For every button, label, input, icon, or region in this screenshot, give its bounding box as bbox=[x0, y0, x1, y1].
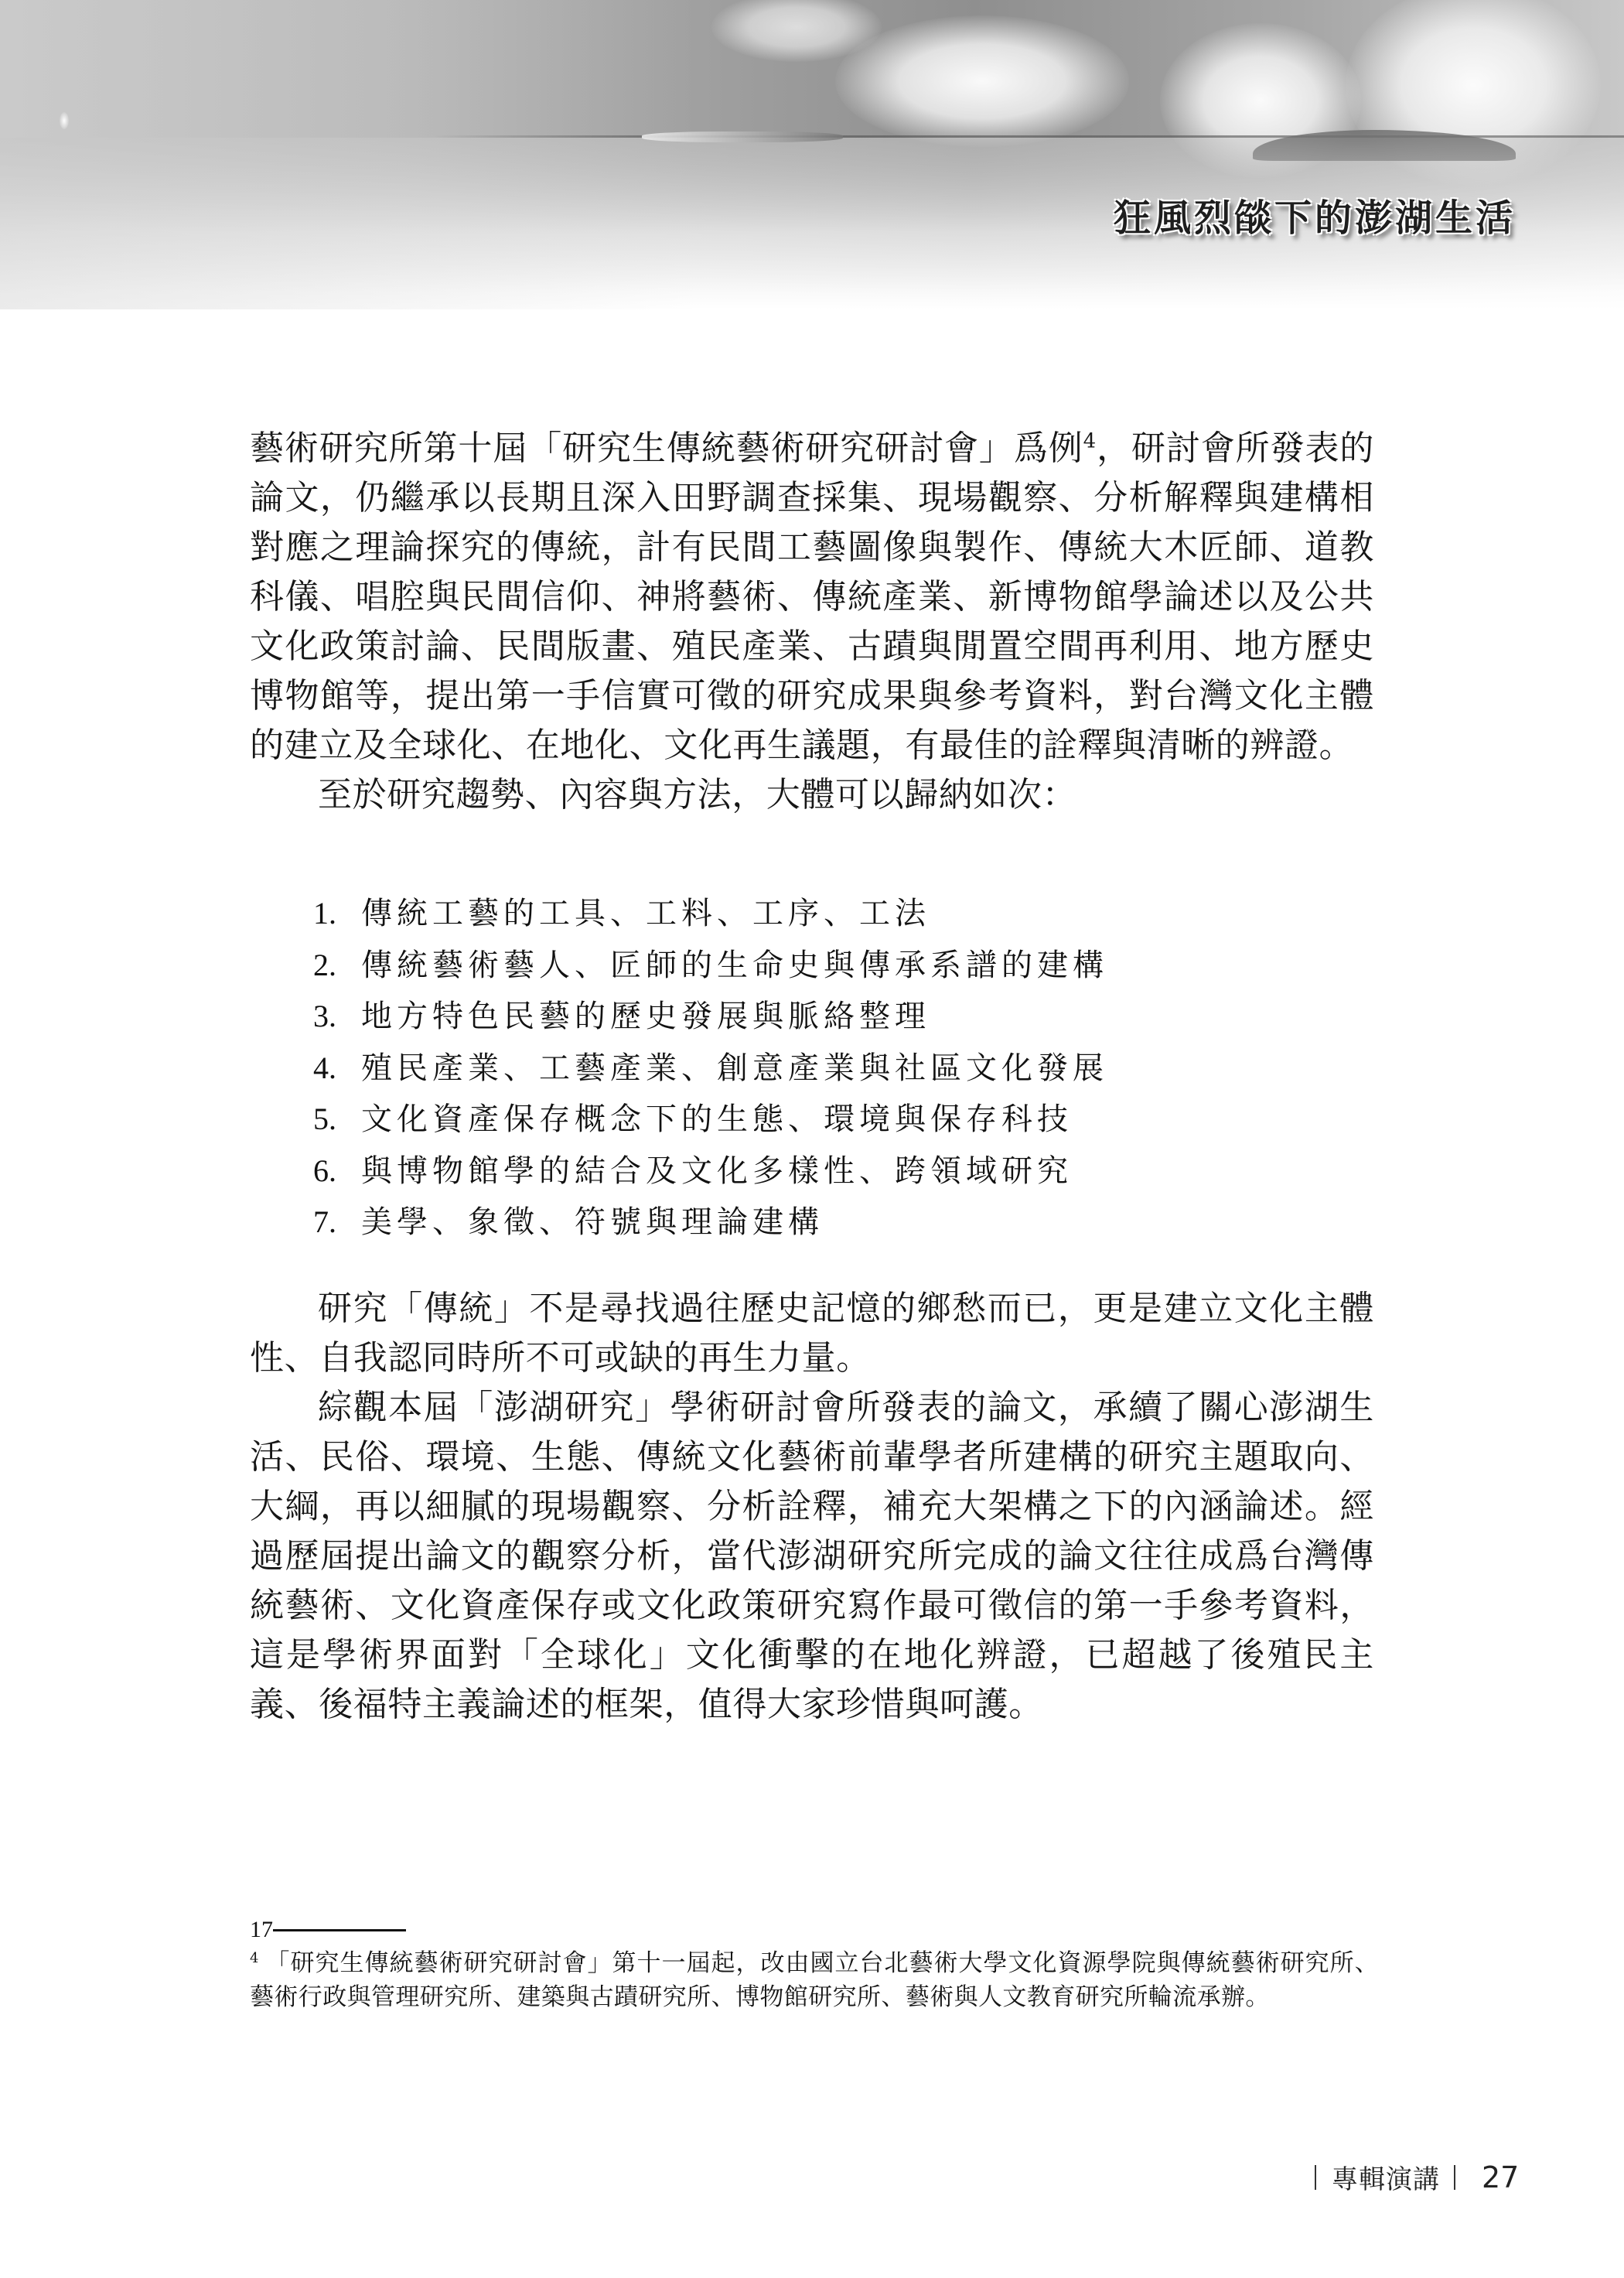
list-item: 6.與博物館學的結合及文化多樣性、跨領域研究 bbox=[313, 1146, 1108, 1197]
paragraph-2: 至於研究趨勢、內容與方法，大體可以歸納如次： bbox=[250, 770, 1374, 820]
list-item-number: 7. bbox=[313, 1197, 361, 1248]
list-item: 7.美學、象徵、符號與理論建構 bbox=[313, 1197, 1108, 1248]
islet-shape bbox=[642, 131, 843, 142]
footnote-item: 4「研究生傳統藝術研究研討會」第十一屆起，改由國立台北藝術大學文化資源學院與傳統… bbox=[250, 1946, 1379, 2014]
paragraph-1-text-a: 藝術研究所第十屆「研究生傳統藝術研究研討會」爲例 bbox=[250, 429, 1083, 468]
footer-section-label: 專輯演講 bbox=[1332, 2158, 1440, 2196]
footnote-area: 17 4「研究生傳統藝術研究研討會」第十一屆起，改由國立台北藝術大學文化資源學院… bbox=[250, 1918, 1379, 2014]
list-item-number: 1. bbox=[313, 888, 361, 940]
footer-divider bbox=[1454, 2165, 1455, 2190]
list-item-text: 殖民產業、工藝產業、創意產業與社區文化發展 bbox=[361, 1043, 1108, 1095]
list-item-text: 地方特色民藝的歷史發展與脈絡整理 bbox=[361, 991, 930, 1043]
research-trends-list: 1.傳統工藝的工具、工料、工序、工法 2.傳統藝術藝人、匠師的生命史與傳承系譜的… bbox=[313, 888, 1108, 1248]
body-section-2: 研究「傳統」不是尋找過往歷史記憶的鄉愁而已，更是建立文化主體性、自我認同時所不可… bbox=[250, 1284, 1374, 1730]
footnote-separator: 17 bbox=[250, 1918, 1379, 1942]
footnote-marker-number: 17 bbox=[250, 1918, 273, 1942]
body-section-1: 藝術研究所第十屆「研究生傳統藝術研究研討會」爲例4，研討會所發表的論文，仍繼承以… bbox=[250, 424, 1374, 820]
footnote-rule bbox=[273, 1929, 406, 1931]
list-item: 2.傳統藝術藝人、匠師的生命史與傳承系譜的建構 bbox=[313, 940, 1108, 992]
cloud-shape bbox=[835, 15, 1129, 147]
footnote-reference[interactable]: 4 bbox=[1083, 429, 1097, 453]
list-item: 4.殖民產業、工藝產業、創意產業與社區文化發展 bbox=[313, 1043, 1108, 1095]
sun-glare-icon bbox=[60, 112, 69, 129]
footer-divider bbox=[1315, 2165, 1316, 2190]
list-item-number: 2. bbox=[313, 940, 361, 992]
list-item-number: 6. bbox=[313, 1146, 361, 1197]
page-footer: 專輯演講 27 bbox=[1315, 2158, 1519, 2196]
list-item-text: 文化資產保存概念下的生態、環境與保存科技 bbox=[361, 1094, 1073, 1146]
list-item-text: 傳統藝術藝人、匠師的生命史與傳承系譜的建構 bbox=[361, 940, 1108, 992]
paragraph-3: 研究「傳統」不是尋找過往歷史記憶的鄉愁而已，更是建立文化主體性、自我認同時所不可… bbox=[250, 1284, 1374, 1383]
header-photo-banner bbox=[0, 0, 1624, 309]
footnote-text: 「研究生傳統藝術研究研討會」第十一屆起，改由國立台北藝術大學文化資源學院與傳統藝… bbox=[250, 1949, 1379, 2011]
running-title: 狂風烈燄下的澎湖生活 bbox=[1114, 188, 1516, 241]
list-item: 1.傳統工藝的工具、工料、工序、工法 bbox=[313, 888, 1108, 940]
list-item: 3.地方特色民藝的歷史發展與脈絡整理 bbox=[313, 991, 1108, 1043]
paragraph-1: 藝術研究所第十屆「研究生傳統藝術研究研討會」爲例4，研討會所發表的論文，仍繼承以… bbox=[250, 424, 1374, 770]
list-item-text: 傳統工藝的工具、工料、工序、工法 bbox=[361, 888, 930, 940]
paragraph-1-text-b: ，研討會所發表的論文，仍繼承以長期且深入田野調查採集、現場觀察、分析解釋與建構相… bbox=[250, 429, 1374, 765]
footnote-number: 4 bbox=[250, 1950, 259, 1966]
list-item: 5.文化資產保存概念下的生態、環境與保存科技 bbox=[313, 1094, 1108, 1146]
list-item-number: 5. bbox=[313, 1094, 361, 1146]
list-item-number: 3. bbox=[313, 991, 361, 1043]
list-item-number: 4. bbox=[313, 1043, 361, 1095]
paragraph-4: 綜觀本屆「澎湖研究」學術研討會所發表的論文，承續了關心澎湖生活、民俗、環境、生態… bbox=[250, 1383, 1374, 1730]
list-item-text: 美學、象徵、符號與理論建構 bbox=[361, 1197, 824, 1248]
list-item-text: 與博物館學的結合及文化多樣性、跨領域研究 bbox=[361, 1146, 1073, 1197]
page-number: 27 bbox=[1482, 2160, 1519, 2194]
